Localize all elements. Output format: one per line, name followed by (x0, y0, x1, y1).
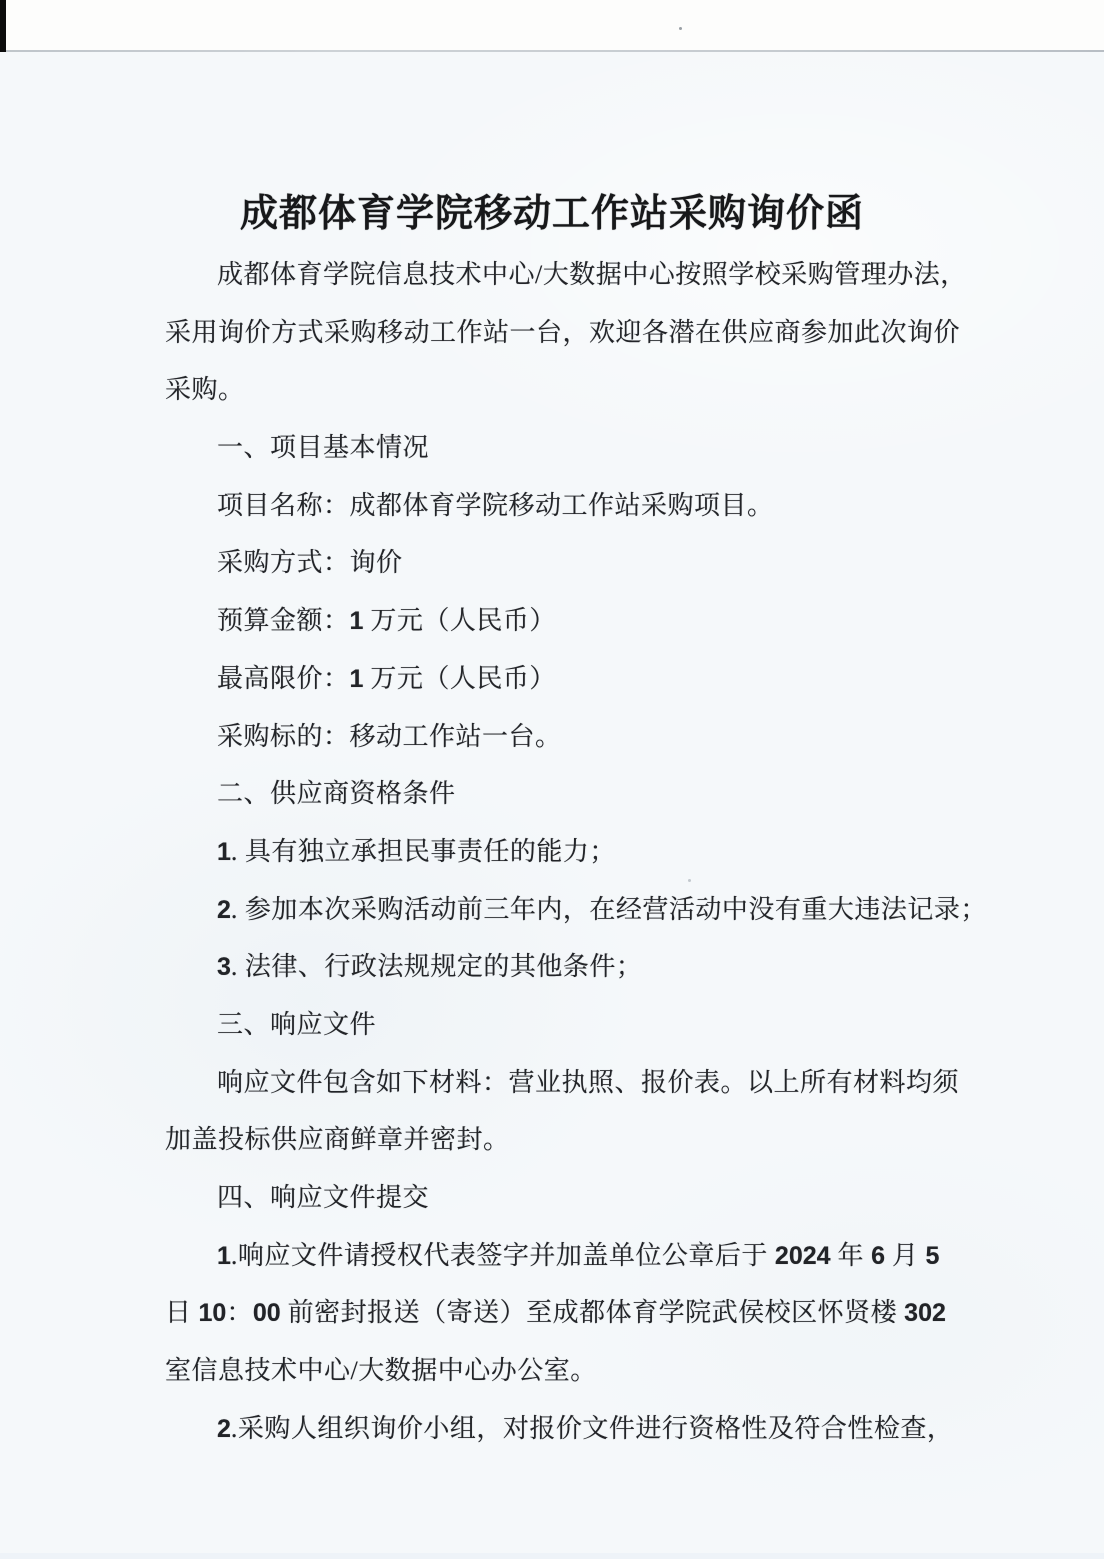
body-line: 1. 具有独立承担民事责任的能力； (165, 835, 975, 893)
scan-speck-artifact (679, 27, 682, 30)
scan-top-strip (0, 0, 1104, 51)
scan-corner-bar-artifact (0, 0, 6, 52)
body-line: 预算金额：1 万元（人民币） (165, 604, 975, 662)
scan-edge-divider-line (0, 50, 1104, 52)
body-line: 项目名称：成都体育学院移动工作站采购项目。 (165, 489, 975, 547)
body-line: 一、项目基本情况 (165, 431, 975, 489)
body-line: 采购标的：移动工作站一台。 (165, 720, 975, 778)
document-body: 成都体育学院信息技术中心/大数据中心按照学校采购管理办法，采用询价方式采购移动工… (165, 258, 975, 1469)
body-line: 2.采购人组织询价小组，对报价文件进行资格性及符合性检查， (165, 1412, 975, 1470)
body-line: 最高限价：1 万元（人民币） (165, 662, 975, 720)
scanned-document-page: 成都体育学院移动工作站采购询价函 成都体育学院信息技术中心/大数据中心按照学校采… (0, 0, 1104, 1559)
scan-bottom-strip (0, 1553, 1104, 1559)
body-line: 成都体育学院信息技术中心/大数据中心按照学校采购管理办法， (165, 258, 975, 316)
document-title: 成都体育学院移动工作站采购询价函 (0, 190, 1104, 238)
body-line: 四、响应文件提交 (165, 1181, 975, 1239)
body-line: 2. 参加本次采购活动前三年内，在经营活动中没有重大违法记录； (165, 893, 975, 951)
body-line: 日 10：00 前密封报送（寄送）至成都体育学院武侯校区怀贤楼 302 (165, 1296, 975, 1354)
body-line: 三、响应文件 (165, 1008, 975, 1066)
body-line: 采用询价方式采购移动工作站一台，欢迎各潜在供应商参加此次询价 (165, 316, 975, 374)
body-line: 室信息技术中心/大数据中心办公室。 (165, 1354, 975, 1412)
body-line: 响应文件包含如下材料：营业执照、报价表。以上所有材料均须 (165, 1066, 975, 1124)
body-line: 采购方式：询价 (165, 546, 975, 604)
body-line: 3. 法律、行政法规规定的其他条件； (165, 950, 975, 1008)
body-line: 二、供应商资格条件 (165, 777, 975, 835)
body-line: 1.响应文件请授权代表签字并加盖单位公章后于 2024 年 6 月 5 (165, 1239, 975, 1297)
body-line: 采购。 (165, 373, 975, 431)
body-line: 加盖投标供应商鲜章并密封。 (165, 1123, 975, 1181)
